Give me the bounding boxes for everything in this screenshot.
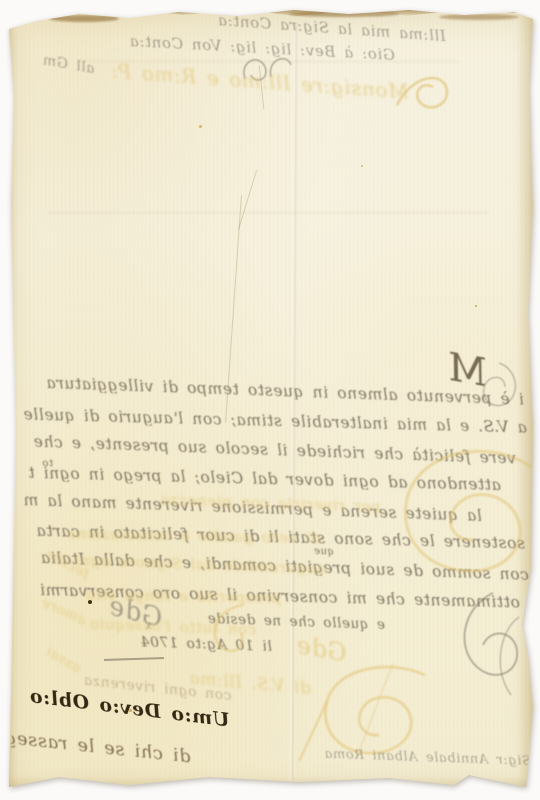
- docket-note: Sig:r Annibale Albani Roma: [303, 747, 531, 769]
- main-text-superscript: to: [27, 459, 53, 470]
- left-edge-shading: [9, 7, 18, 788]
- crease-hairline: [225, 195, 242, 423]
- signature-line: di chi se le rassegna: [11, 730, 192, 768]
- graphite-loop-icon: [477, 359, 523, 411]
- main-text-line: i è pervenuto almeno in questo tempo di …: [29, 374, 524, 408]
- main-text-initial: M: [424, 344, 490, 394]
- yellow-edge-scribble: amore: [9, 580, 88, 628]
- main-text-line: la quiete serena e permissione riverente…: [24, 492, 482, 524]
- yellow-bleed-line: di vero gaudio e consolazione: [59, 527, 321, 547]
- horizontal-crease: [79, 61, 459, 62]
- graphite-flourish: Gde: [71, 585, 165, 633]
- yellow-spiral-icon: [381, 437, 533, 577]
- vertical-fold-crease: [290, 23, 297, 781]
- main-text-line: a V.S. e la mia inalterabile stima; con …: [21, 406, 527, 436]
- ink-speck: [88, 600, 92, 604]
- dateline-underline: [104, 657, 164, 661]
- stain-blob: [49, 15, 119, 22]
- top-edge-stain: [9, 7, 533, 20]
- yellow-bleed-line: per riverirla con pienezza: [149, 492, 381, 516]
- paper-speck: [129, 709, 132, 712]
- yellow-address-bleed: Monsig:re Ill:mo e R:mo P:rone Col:mo: [109, 61, 410, 103]
- main-text-superscript: que: [304, 546, 334, 558]
- paper-speck: [475, 305, 477, 307]
- right-edge-shading: [517, 7, 533, 788]
- yellow-spiral-icon: [297, 657, 437, 767]
- top-edge-scribble: all Gm: [10, 48, 95, 77]
- bottom-edge-shading: [9, 776, 533, 788]
- paper-wrapper: all Gm Ill:ma mia la Sig:ra Cont:a Gio: …: [9, 7, 533, 788]
- yellow-bleed-line: augurandole dal Signore ogni: [44, 552, 326, 578]
- pencil-x-mark: x: [136, 619, 152, 632]
- paper-speck: [199, 125, 202, 128]
- main-text-line: vere felicità che richiede il secolo suo…: [27, 433, 516, 466]
- top-annotation-line: Ill:ma mia la Sig:ra Cont:a: [214, 13, 447, 45]
- graphite-loops-icon: [237, 51, 297, 87]
- crease-hairline: [259, 65, 265, 109]
- yellow-bleed-flourish: Gde: [236, 623, 349, 667]
- paper-sheet: all Gm Ill:ma mia la Sig:ra Cont:a Gio: …: [9, 7, 533, 788]
- yellow-edge-scribble: fecille: [9, 526, 91, 582]
- stain-blob: [289, 11, 399, 17]
- main-text-line: ottimamente che mi conservino il suo oro…: [14, 581, 520, 611]
- signature-faint-line: con ogni riverenza: [37, 669, 232, 704]
- yellow-edge-scribble: assai: [9, 624, 83, 676]
- horizontal-crease: [49, 212, 489, 213]
- yellow-bleed-line: con tutto l'ossequio: [54, 615, 256, 638]
- paper-speck: [361, 165, 363, 167]
- graphite-loops-icon: [433, 587, 533, 712]
- signature-line: Um:o Dev:o Obl:o Ser:re: [25, 687, 231, 732]
- dateline: li 10 Ag:to 1704: [104, 634, 272, 655]
- top-annotation-line: Gio: à Bev: lig: lig: Von Cont:a: [127, 34, 395, 64]
- main-text-line: con sommo de suoi pregiati comandi, e ch…: [17, 549, 529, 583]
- main-text-line: attendono ad ogni dover dal Cielo; la pr…: [29, 465, 501, 494]
- yellow-bleed-line: prosperità e lunga vita: [39, 587, 281, 607]
- yellow-bleed-line: di V.S. Ill:ma: [129, 665, 312, 699]
- main-text-line: e quello che ne desiderano di core: [207, 612, 385, 632]
- main-text-line: sostenere le che sono stati li di cuor f…: [19, 522, 525, 552]
- yellow-loop-icon: [199, 599, 251, 661]
- crease-hairline: [238, 170, 257, 230]
- yellow-curl-icon: [393, 63, 453, 121]
- stain-blob: [439, 14, 519, 20]
- document-scan: all Gm Ill:ma mia la Sig:ra Cont:a Gio: …: [0, 0, 540, 800]
